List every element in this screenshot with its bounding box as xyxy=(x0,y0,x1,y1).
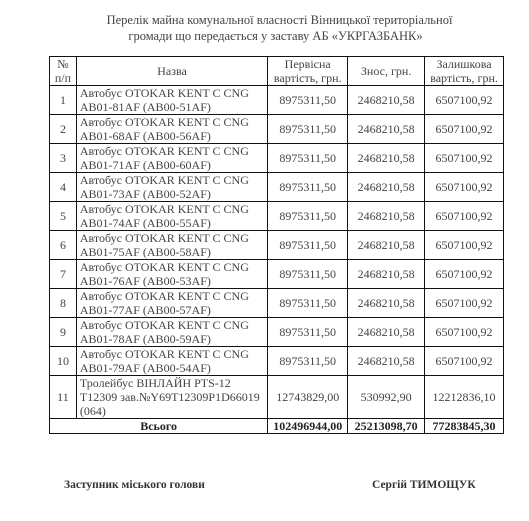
depreciation-value: 2468210,58 xyxy=(348,347,425,376)
depreciation-value: 2468210,58 xyxy=(348,86,425,115)
row-number: 9 xyxy=(50,318,77,347)
property-table: № п/п Назва Первісна вартість, грн. Знос… xyxy=(49,56,504,434)
row-number: 6 xyxy=(50,231,77,260)
initial-value: 12743829,00 xyxy=(268,376,348,419)
signatory-name: Сергій ТИМОЩУК xyxy=(372,479,476,491)
initial-value: 8975311,50 xyxy=(268,260,348,289)
item-name: Автобус OTOKAR KENT C CNG АВ01-76АF (АВ0… xyxy=(76,260,267,289)
header-depreciation: Знос, грн. xyxy=(348,57,425,86)
table-row: 10Автобус OTOKAR KENT C CNG АВ01-79АF (А… xyxy=(50,347,504,376)
residual-value: 6507100,92 xyxy=(425,318,504,347)
header-initial-value: Первісна вартість, грн. xyxy=(268,57,348,86)
depreciation-value: 2468210,58 xyxy=(348,260,425,289)
table-row: 1Автобус OTOKAR KENT C CNG АВ01-81АF (АВ… xyxy=(50,86,504,115)
depreciation-value: 2468210,58 xyxy=(348,115,425,144)
total-label: Всього xyxy=(50,419,268,434)
initial-value: 8975311,50 xyxy=(268,115,348,144)
residual-value: 6507100,92 xyxy=(425,144,504,173)
header-name: Назва xyxy=(76,57,267,86)
depreciation-value: 2468210,58 xyxy=(348,144,425,173)
total-row: Всього 102496944,00 25213098,70 77283845… xyxy=(50,419,504,434)
item-name: Автобус OTOKAR KENT C CNG АВ01-78АF (АВ0… xyxy=(76,318,267,347)
item-name: Автобус OTOKAR KENT C CNG АВ01-68АF (АВ0… xyxy=(76,115,267,144)
residual-value: 6507100,92 xyxy=(425,347,504,376)
depreciation-value: 2468210,58 xyxy=(348,289,425,318)
title-line-1: Перелік майна комунальної власності Вінн… xyxy=(30,12,529,28)
initial-value: 8975311,50 xyxy=(268,231,348,260)
initial-value: 8975311,50 xyxy=(268,318,348,347)
signatory-position: Заступник міського голови xyxy=(64,479,205,491)
table-row: 6Автобус OTOKAR KENT C CNG АВ01-75АF (АВ… xyxy=(50,231,504,260)
document-title: Перелік майна комунальної власності Вінн… xyxy=(0,12,529,44)
residual-value: 6507100,92 xyxy=(425,86,504,115)
residual-value: 6507100,92 xyxy=(425,115,504,144)
item-name: Автобус OTOKAR KENT C CNG АВ01-77АF (АВ0… xyxy=(76,289,267,318)
item-name: Тролейбус ВІНЛАЙН PTS-12 Т12309 зав.№Y69… xyxy=(76,376,267,419)
table-header-row: № п/п Назва Первісна вартість, грн. Знос… xyxy=(50,57,504,86)
residual-value: 6507100,92 xyxy=(425,289,504,318)
total-initial-value: 102496944,00 xyxy=(268,419,348,434)
residual-value: 6507100,92 xyxy=(425,231,504,260)
item-name: Автобус OTOKAR KENT C CNG АВ01-81АF (АВ0… xyxy=(76,86,267,115)
item-name: Автобус OTOKAR KENT C CNG АВ01-71АF (АВ0… xyxy=(76,144,267,173)
initial-value: 8975311,50 xyxy=(268,86,348,115)
residual-value: 12212836,10 xyxy=(425,376,504,419)
title-line-2: громади що передається у заставу АБ «УКР… xyxy=(22,28,529,44)
table-row: 4Автобус OTOKAR KENT C CNG АВ01-73АF (АВ… xyxy=(50,173,504,202)
depreciation-value: 2468210,58 xyxy=(348,202,425,231)
residual-value: 6507100,92 xyxy=(425,173,504,202)
table-row: 2Автобус OTOKAR KENT C CNG АВ01-68АF (АВ… xyxy=(50,115,504,144)
row-number: 10 xyxy=(50,347,77,376)
depreciation-value: 2468210,58 xyxy=(348,173,425,202)
row-number: 2 xyxy=(50,115,77,144)
table-row: 7Автобус OTOKAR KENT C CNG АВ01-76АF (АВ… xyxy=(50,260,504,289)
table-row: 11Тролейбус ВІНЛАЙН PTS-12 Т12309 зав.№Y… xyxy=(50,376,504,419)
initial-value: 8975311,50 xyxy=(268,144,348,173)
header-residual-value: Залишкова вартість, грн. xyxy=(425,57,504,86)
table-row: 9Автобус OTOKAR KENT C CNG АВ01-78АF (АВ… xyxy=(50,318,504,347)
initial-value: 8975311,50 xyxy=(268,173,348,202)
row-number: 7 xyxy=(50,260,77,289)
total-residual-value: 77283845,30 xyxy=(425,419,504,434)
row-number: 1 xyxy=(50,86,77,115)
table-row: 3Автобус OTOKAR KENT C CNG АВ01-71АF (АВ… xyxy=(50,144,504,173)
row-number: 5 xyxy=(50,202,77,231)
row-number: 8 xyxy=(50,289,77,318)
item-name: Автобус OTOKAR KENT C CNG АВ01-73АF (АВ0… xyxy=(76,173,267,202)
table-row: 8Автобус OTOKAR KENT C CNG АВ01-77АF (АВ… xyxy=(50,289,504,318)
item-name: Автобус OTOKAR KENT C CNG АВ01-79АF (АВ0… xyxy=(76,347,267,376)
table-row: 5Автобус OTOKAR KENT C CNG АВ01-74АF (АВ… xyxy=(50,202,504,231)
row-number: 4 xyxy=(50,173,77,202)
initial-value: 8975311,50 xyxy=(268,289,348,318)
row-number: 3 xyxy=(50,144,77,173)
initial-value: 8975311,50 xyxy=(268,202,348,231)
item-name: Автобус OTOKAR KENT C CNG АВ01-75АF (АВ0… xyxy=(76,231,267,260)
total-depreciation: 25213098,70 xyxy=(348,419,425,434)
depreciation-value: 2468210,58 xyxy=(348,231,425,260)
residual-value: 6507100,92 xyxy=(425,260,504,289)
item-name: Автобус OTOKAR KENT C CNG АВ01-74АF (АВ0… xyxy=(76,202,267,231)
residual-value: 6507100,92 xyxy=(425,202,504,231)
row-number: 11 xyxy=(50,376,77,419)
depreciation-value: 2468210,58 xyxy=(348,318,425,347)
initial-value: 8975311,50 xyxy=(268,347,348,376)
depreciation-value: 530992,90 xyxy=(348,376,425,419)
header-num: № п/п xyxy=(50,57,77,86)
